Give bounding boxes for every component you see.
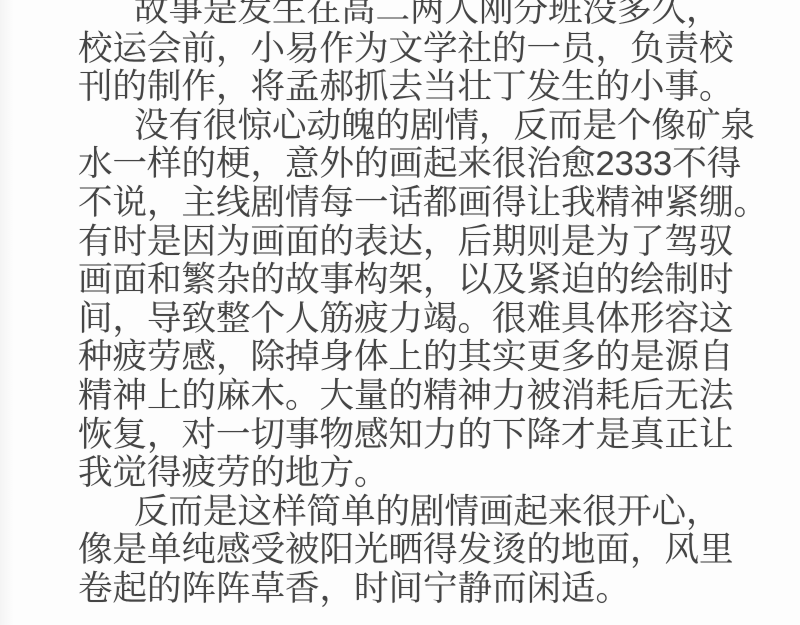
text-line: 没有很惊心动魄的剧情，反而是个像矿泉 — [78, 107, 778, 146]
text-line: 像是单纯感受被阳光晒得发烫的地面，风里 — [78, 531, 778, 570]
text-line: 反而是这样简单的剧情画起来很开心， — [78, 493, 778, 532]
text-line: 种疲劳感，除掉身体上的其实更多的是源自 — [78, 338, 778, 377]
scanned-text-page: 故事是发生在高二两人刚分班没多久， 校运会前，小易作为文学社的一员，负责校 刊的… — [0, 0, 800, 625]
text-line: 校运会前，小易作为文学社的一员，负责校 — [78, 30, 778, 69]
text-line: 故事是发生在高二两人刚分班没多久， — [78, 0, 778, 30]
text-line: 水一样的梗，意外的画起来很治愈2333不得 — [78, 145, 778, 184]
text-line: 画面和繁杂的故事构架，以及紧迫的绘制时 — [78, 261, 778, 300]
text-line: 刊的制作，将孟郝抓去当壮丁发生的小事。 — [78, 68, 778, 107]
text-line: 有时是因为画面的表达，后期则是为了驾驭 — [78, 223, 778, 262]
text-line: 我觉得疲劳的地方。 — [78, 454, 778, 493]
text-block: 故事是发生在高二两人刚分班没多久， 校运会前，小易作为文学社的一员，负责校 刊的… — [78, 0, 778, 609]
text-line: 精神上的麻木。大量的精神力被消耗后无法 — [78, 377, 778, 416]
text-line: 卷起的阵阵草香，时间宁静而闲适。 — [78, 570, 778, 609]
text-line: 间，导致整个人筋疲力竭。很难具体形容这 — [78, 300, 778, 339]
text-line: 不说，主线剧情每一话都画得让我精神紧绷。 — [78, 184, 778, 223]
text-line: 恢复，对一切事物感知力的下降才是真正让 — [78, 416, 778, 455]
